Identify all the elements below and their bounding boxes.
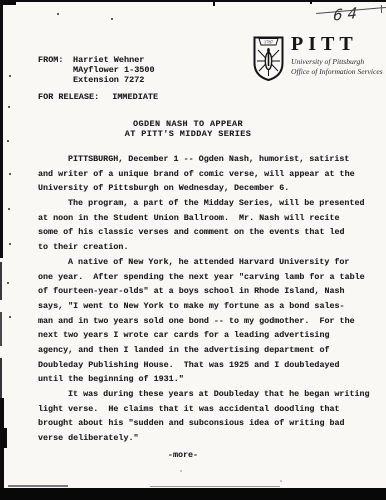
- scan-speck: [57, 13, 59, 15]
- logo-text: PITT University of Pittsburgh Office of …: [291, 35, 383, 82]
- body-line: PITTSBURGH, December 1 -- Ogden Nash, hu…: [38, 152, 370, 167]
- headline-line-2: AT PITT'S MIDDAY SERIES: [38, 130, 338, 140]
- scan-edge-left: [0, 398, 4, 500]
- scan-smudge: [150, 486, 280, 487]
- scan-edge-left: [0, 358, 2, 398]
- handwritten-page-number: 64: [332, 3, 362, 24]
- from-lines: Harriet Wehner MAyflower 1-3500 Extensio…: [73, 55, 155, 85]
- logo-office-line: Office of Information Services: [291, 67, 383, 77]
- body-line: University of Pittsburgh on Wednesday, D…: [38, 181, 370, 196]
- scan-edge-tick: [310, 0, 312, 4]
- body-line: agency, and then I landed in the adverti…: [38, 343, 370, 358]
- scan-speck: [7, 140, 9, 142]
- scan-edge-left-blob: [0, 428, 7, 448]
- body-line: one year. After spending the next year "…: [38, 270, 370, 285]
- body-line: at noon in the Student Union Ballroom. M…: [38, 211, 370, 226]
- body-line: to their creation.: [38, 240, 370, 255]
- body-line: man and in two years sold one bond -- to…: [38, 314, 370, 329]
- release-block: FOR RELEASE: IMMEDIATE: [38, 92, 158, 102]
- body-text: PITTSBURGH, December 1 -- Ogden Nash, hu…: [38, 152, 370, 446]
- scan-speck: [9, 173, 11, 175]
- body-line: brought about his "sudden and subconsiou…: [38, 416, 370, 431]
- scan-corner-tick: [381, 5, 382, 13]
- scan-edge-tick: [213, 0, 215, 6]
- scan-edge-left: [0, 262, 2, 300]
- body-line: light verse. He claims that it was accid…: [38, 402, 370, 417]
- scan-speck: [7, 282, 9, 284]
- body-line: It was during these years at Doubleday t…: [38, 387, 370, 402]
- body-line: A native of New York, he attended Harvar…: [38, 255, 370, 270]
- from-contact-ext: Extension 7272: [73, 75, 155, 85]
- from-label: FROM:: [38, 55, 73, 85]
- body-line: and writer of a unique brand of comic ve…: [38, 167, 370, 182]
- body-line: The program, a part of the Midday Series…: [38, 196, 370, 211]
- pitt-wordmark: PITT: [291, 35, 383, 54]
- body-line: until the beginning of 1931.": [38, 372, 370, 387]
- scan-speck: [111, 18, 113, 20]
- scan-edge-bottom: [0, 488, 386, 500]
- scan-speck: [9, 243, 11, 245]
- body-line: next two years I wrote car cards for a l…: [38, 328, 370, 343]
- scan-edge-left: [0, 0, 3, 258]
- scan-edge-left: [0, 312, 2, 346]
- scan-speck: [9, 316, 11, 318]
- from-contact-name: Harriet Wehner: [73, 55, 155, 65]
- pitt-seal-icon: 1787: [252, 35, 285, 82]
- seal-year: 1787: [264, 40, 274, 45]
- from-block: FROM: Harriet Wehner MAyflower 1-3500 Ex…: [38, 55, 155, 85]
- scan-speck: [8, 208, 10, 210]
- more-indicator: -more-: [38, 450, 328, 460]
- scan-smudge: [8, 485, 68, 487]
- headline: OGDEN NASH TO APPEAR AT PITT'S MIDDAY SE…: [38, 120, 338, 139]
- logo-org-lines: University of Pittsburgh Office of Infor…: [291, 57, 383, 77]
- scanned-press-release-page: 64 FROM: Harriet Wehner MAyflower 1-3500…: [0, 0, 386, 500]
- scan-speck: [280, 480, 282, 482]
- body-line: of fourteen-year-olds" at a boys school …: [38, 284, 370, 299]
- release-value: IMMEDIATE: [112, 92, 158, 102]
- scan-edge-top: [0, 0, 386, 2]
- logo-university-line: University of Pittsburgh: [291, 57, 383, 67]
- scan-speck: [9, 75, 11, 77]
- body-line: says, "I went to New York to make my for…: [38, 299, 370, 314]
- scan-speck: [180, 470, 182, 472]
- scan-speck: [8, 106, 10, 108]
- body-line: Doubleday Publishing House. That was 192…: [38, 358, 370, 373]
- pitt-logo: 1787 PITT University of Pittsburgh Offic…: [252, 35, 383, 82]
- body-line: some of his classic verses and comment o…: [38, 225, 370, 240]
- body-line: verse deliberately.": [38, 431, 370, 446]
- release-label: FOR RELEASE:: [38, 92, 99, 102]
- from-contact-phone: MAyflower 1-3500: [73, 65, 155, 75]
